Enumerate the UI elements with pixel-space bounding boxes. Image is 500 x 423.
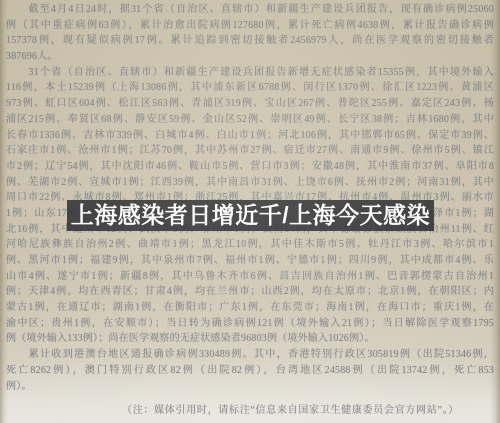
report-line: 市2例；辽宁54例，其中沈阳市46例、鞍山市5例、营口市3例；安徽48例，其中淮… <box>6 159 494 175</box>
report-line: 例、黑河市1例；福建9例，其中泉州市7例、福州市1例、宁德市1例；四川9例，其中… <box>6 253 494 269</box>
report-line: 长春市1336例、吉林市339例、白城市4例、白山市1例；河北106例，其中邯郸… <box>6 128 494 144</box>
report-line: 河哈尼族彝族自治州2例、曲靖市1例；黑龙江10例，其中佳木斯市5例、牡丹江市3例… <box>6 237 494 253</box>
citation-note: （注：媒体引用时，请标注“信息来自国家卫生健康委员会官方网站”。） <box>6 403 494 419</box>
report-line: 山市4例、遂宁市1例；新疆8例，其中乌鲁木齐市6例、昌吉回族自治州1例、巴音郭楞… <box>6 269 494 285</box>
headline-text: 上海感染者日增近千/上海今天感染 <box>71 202 430 228</box>
report-line: 蒙古1例，在通辽市；湖南1例，在衡阳市；广东1例，在东莞市；海南1例，在海口市；… <box>6 300 494 316</box>
report-line: 116例，本土15239例（上海13086例，其中浦东新区6788例、闵行区13… <box>6 80 494 96</box>
report-line: 387696人。 <box>6 49 494 65</box>
report-line: 例、芜湖市2例、宣城市1例；江西39例，其中南昌市31例、上饶市6例、抚州市2例… <box>6 175 494 191</box>
document-page: 截至4月4日24时，据31个省（自治区、直辖市）和新疆生产建设兵团报告，现有确诊… <box>0 0 500 423</box>
report-line: 例（境外输入133例）；尚在医学观察的无症状感染者96803例（境外输入1026… <box>6 331 494 347</box>
report-lines: 截至4月4日24时，据31个省（自治区、直辖市）和新疆生产建设兵团报告，现有确诊… <box>6 2 494 394</box>
report-line: 渝中区；贵州1例，在安顺市）；当日转为确诊病例121例（境外输入21例）；当日解… <box>6 316 494 332</box>
report-line: 973例、虹口区604例、松江区563例、青浦区319例、宝山区267例、普陀区… <box>6 96 494 112</box>
report-line: 死亡8262例），澳门特别行政区82例（出院82例），台湾地区24588例（出院… <box>6 363 494 379</box>
report-line: 31个省（自治区、直辖市）和新疆生产建设兵团报告新增无症状感染者15355例，其… <box>6 65 494 81</box>
report-line: 例；天津4例，均在西青区；甘肃4例，均在兰州市；山西2例，均在太原市；北京1例，… <box>6 284 494 300</box>
report-line: 例）。 <box>6 379 494 395</box>
report-line: 例（其中重症病例63例），累计治愈出院病例127680例，累计死亡病例4638例… <box>6 18 494 34</box>
report-line: 截至4月4日24时，据31个省（自治区、直辖市）和新疆生产建设兵团报告，现有确诊… <box>6 2 494 18</box>
headline-banner: 上海感染者日增近千/上海今天感染 <box>67 200 434 231</box>
report-line: 石家庄市1例、沧州市1例；江苏70例，其中苏州市27例、宿迁市27例、南通市9例… <box>6 143 494 159</box>
report-line: 157378例，现有疑似病例17例。累计追踪到密切接触者2456979人，尚在医… <box>6 33 494 49</box>
report-line: 浦区215例、奉贤区68例、静安区59例、金山区52例、崇明区49例、长宁区38… <box>6 112 494 128</box>
report-line: 累计收到港澳台地区通报确诊病例330489例。其中，香港特别行政区305819例… <box>6 347 494 363</box>
